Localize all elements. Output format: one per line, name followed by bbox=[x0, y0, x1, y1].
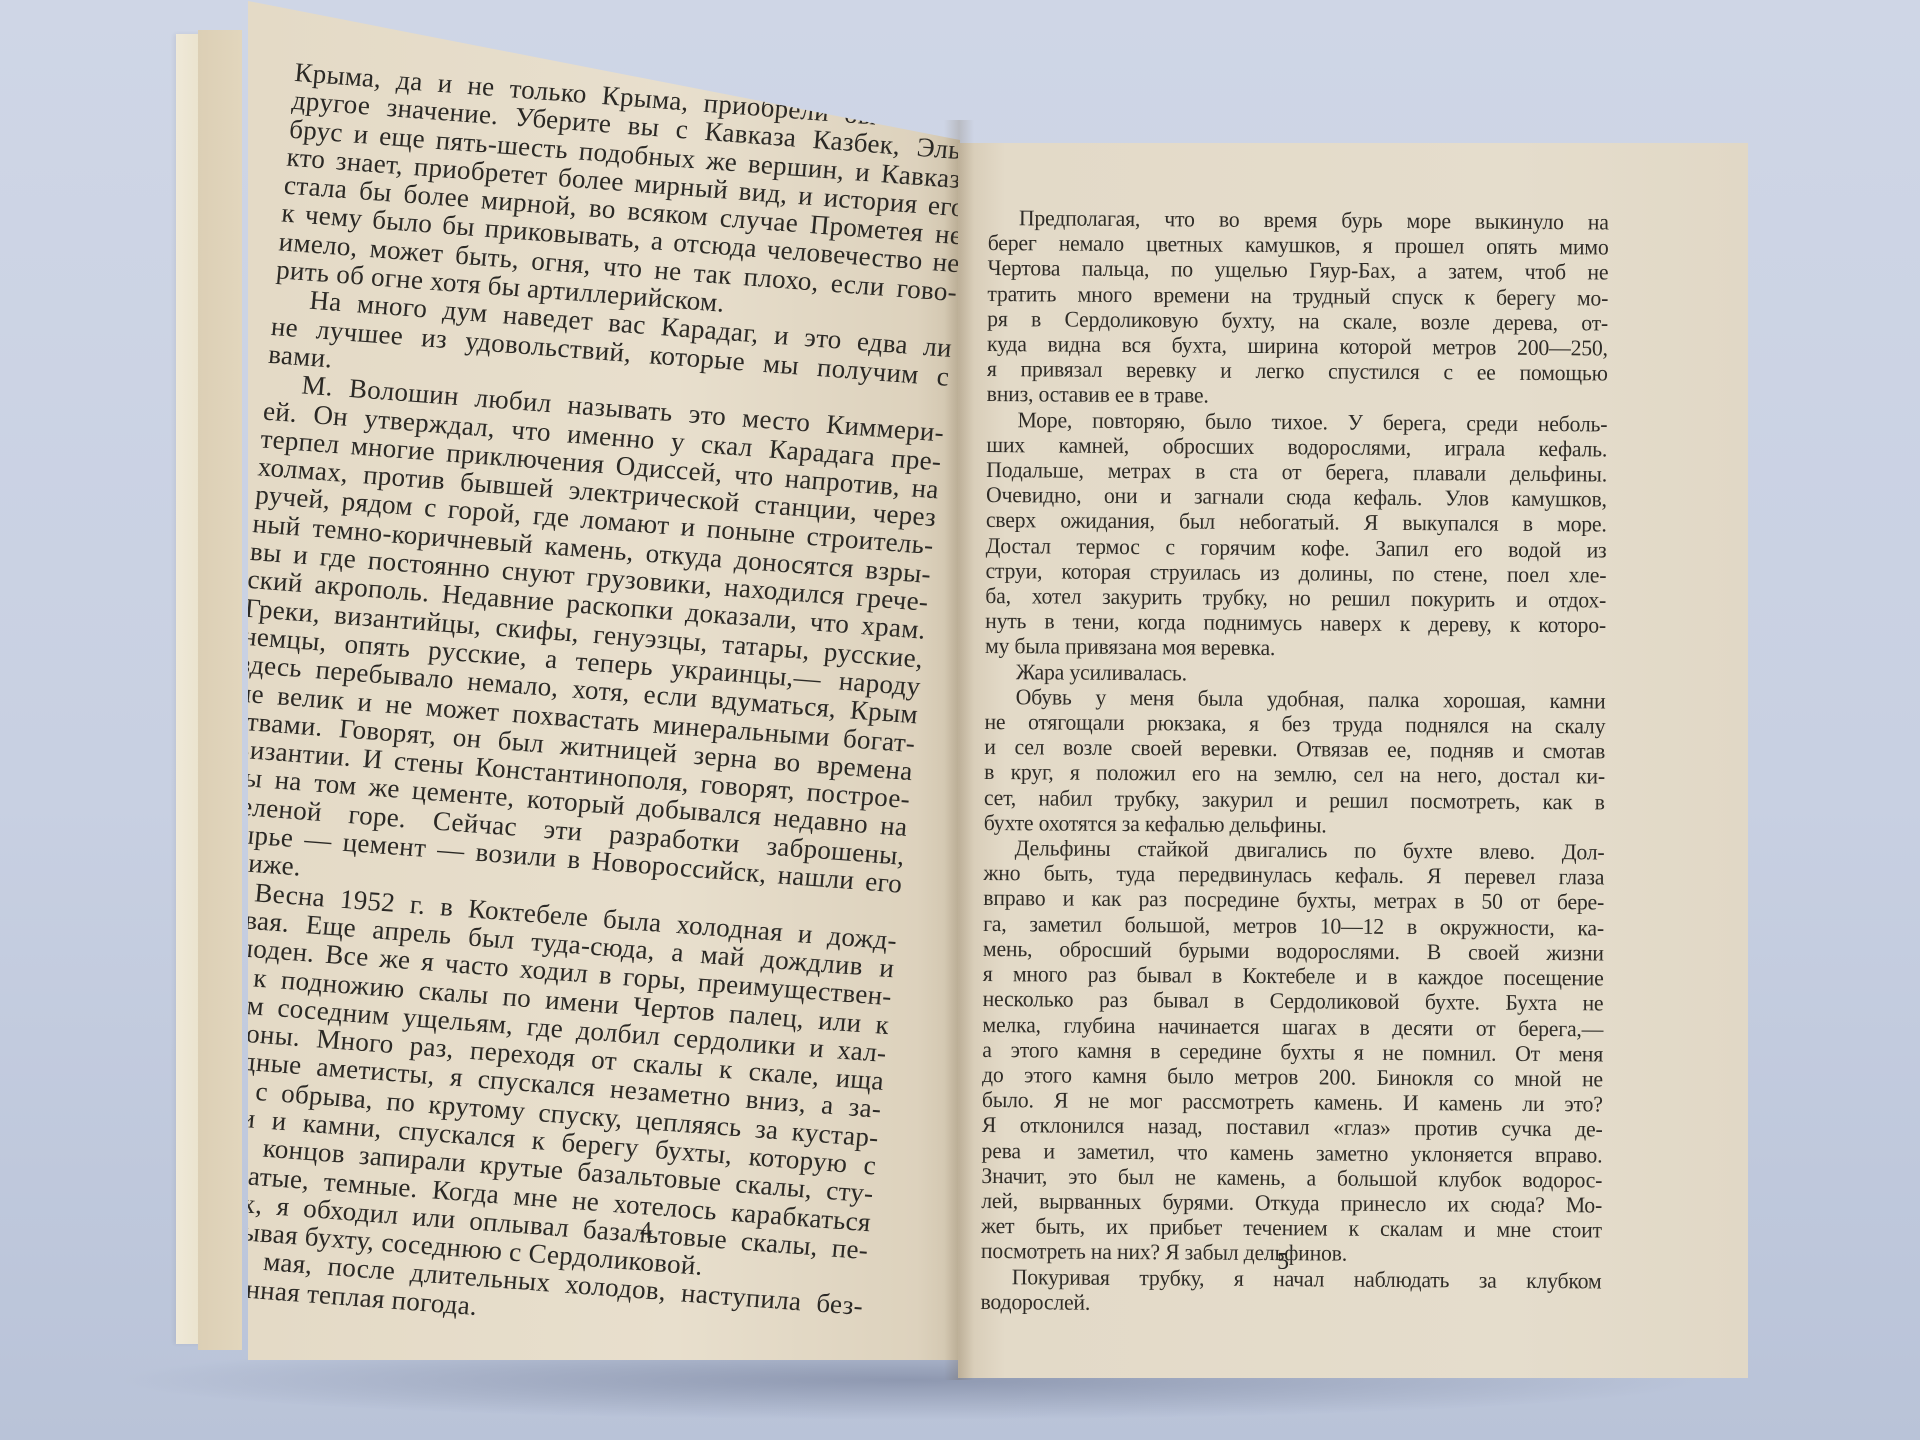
page-stack-edge bbox=[198, 30, 242, 1350]
page-number-right: 5 bbox=[1277, 1249, 1289, 1276]
right-page: Предполагая, что во время бурь море выки… bbox=[958, 143, 1748, 1378]
page-number-left: 4 bbox=[640, 1218, 652, 1245]
text-line: сверх ожидания, был небогатый. Я выкупал… bbox=[986, 507, 1607, 537]
left-page: Крыма, да и не только Крыма, приобрели б… bbox=[248, 0, 960, 1360]
text-line: несколько раз бывал в Сердоликовой бухте… bbox=[983, 986, 1604, 1016]
left-page-text: Крыма, да и не только Крыма, приобрели б… bbox=[181, 58, 974, 1349]
text-line: водорослей. bbox=[980, 1289, 1601, 1319]
right-page-text: Предполагая, что во время бурь море выки… bbox=[980, 205, 1608, 1318]
text-line: Я отклонился назад, поставил «глаз» прот… bbox=[982, 1112, 1603, 1142]
text-line: Чертова пальца, по ущелью Гяур-Бах, а за… bbox=[987, 255, 1608, 285]
text-line: посмотреть на них? Я забыл дельфинов. bbox=[981, 1238, 1602, 1268]
book-gutter bbox=[944, 120, 974, 1380]
text-line: вниз, оставив ее в траве. bbox=[987, 381, 1608, 411]
